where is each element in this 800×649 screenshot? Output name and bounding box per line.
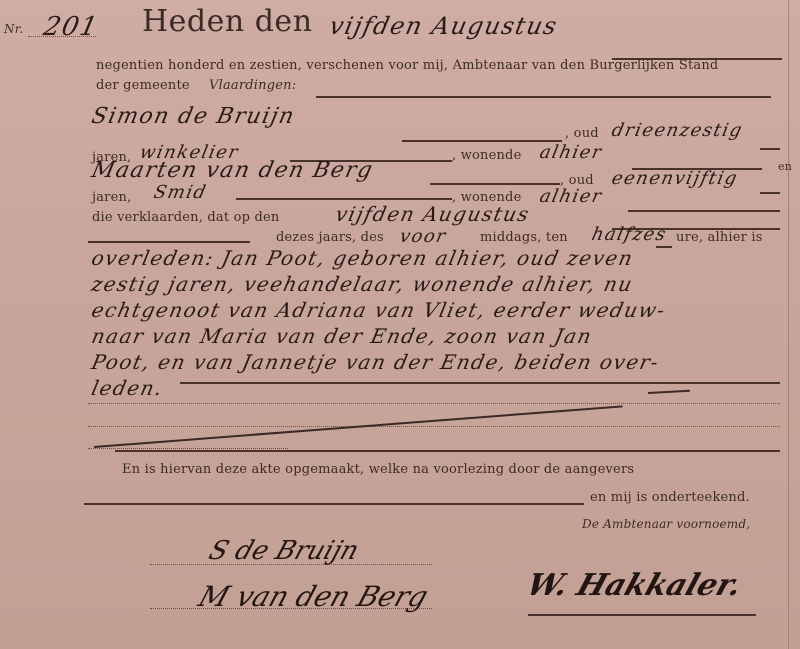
signature-underline [528,614,756,616]
rule [760,192,780,194]
certificate-page: Nr. 201 Heden den vijfden Augustus negen… [0,0,800,649]
body-line: echtgenoot van Adriana van Vliet, eerder… [89,298,668,322]
date-written: vijfden Augustus [327,12,561,40]
margin-rule [788,0,789,649]
wonende-label: , wonende [452,148,521,163]
dezes-jaars-label: dezes jaars, des [276,230,384,245]
municipality-prefix: der gemeente [96,78,190,93]
declaration-label: die verklaarden, dat op den [92,210,279,225]
oud-label: , oud [565,126,599,141]
number-label: Nr. [4,22,23,36]
rule [84,503,584,505]
witness1-name: Simon de Bruijn [89,104,297,129]
cancel-stroke [648,390,690,394]
time-of-day: voor [398,226,449,247]
body-line: naar van Maria van der Ende, zoon van Ja… [89,324,594,348]
rule [628,210,780,212]
rule [180,382,780,384]
middags-label: middags, ten [480,230,568,245]
rule [316,96,771,98]
body-line: overleden: Jan Poot, geboren alhier, oud… [89,246,635,270]
rule [656,246,672,248]
ure-label: ure, alhier is [676,230,763,245]
witness2-signature: M van den Berg [195,580,433,613]
death-date: vijfden Augustus [333,202,532,226]
closing-text: En is hiervan deze akte opgemaakt, welke… [122,462,634,477]
official-signature: W. Hakkaler. [522,568,746,603]
body-line: zestig jaren, veehandelaar, wonende alhi… [89,272,635,296]
witness2-name: Maarten van den Berg [89,158,375,183]
witness1-age: drieenzestig [610,120,745,141]
heading: Heden den [142,4,313,39]
witness2-residence: alhier [538,186,605,207]
dotted-rule [88,426,780,427]
rule [88,241,250,243]
rule [236,198,452,200]
witness2-occupation: Smid [152,182,209,203]
witness1-residence: alhier [538,142,605,163]
municipality: Vlaardingen: [209,78,296,93]
hour: halfzes [590,224,669,245]
year-line: negentien honderd en zestien, verschenen… [96,58,718,73]
body-line: Poot, en van Jannetje van der Ende, beid… [89,350,661,374]
dotted-rule [88,403,780,404]
dotted-rule [88,448,288,449]
official-label: De Ambtenaar voornoemd, [582,517,750,531]
rule [402,140,562,142]
rule [760,148,780,150]
witness1-signature: S de Bruijn [205,536,363,566]
rule [430,183,560,185]
body-line: leden. [89,376,165,400]
certificate-number: 201 [41,12,102,42]
witness2-age: eenenvijftig [610,168,740,189]
jaren-label: jaren, [92,190,131,205]
rule [115,450,780,452]
en-label: en [778,160,792,173]
closing-text-2: en mij is onderteekend. [590,490,750,505]
